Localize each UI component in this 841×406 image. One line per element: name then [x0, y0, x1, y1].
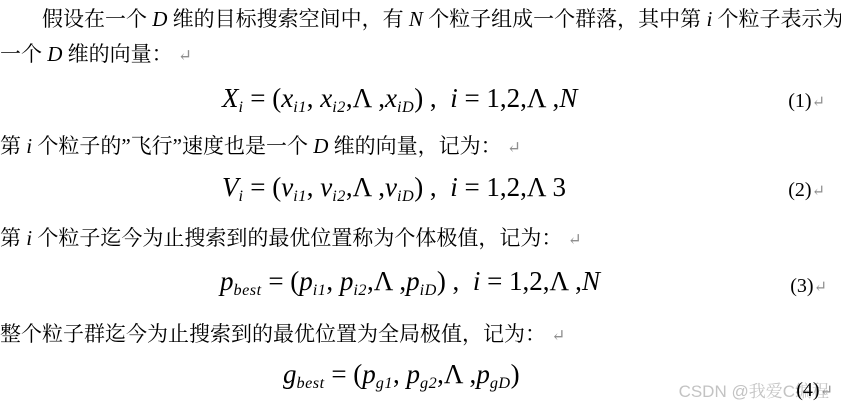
text-run: best: [297, 374, 325, 392]
paragraph-mark-icon: ↵: [507, 138, 521, 157]
document-page: 假设在一个 D 维的目标搜索空间中，有 N 个粒子组成一个群落，其中第 i 个粒…: [0, 0, 841, 406]
text-run: v: [281, 172, 293, 202]
text-run: 一个: [0, 42, 47, 66]
equation-number-3: (3)↵: [790, 275, 827, 298]
text-run: x: [385, 83, 397, 113]
text-run: iD: [420, 281, 437, 299]
text-run: i2: [353, 281, 367, 299]
text-run: p: [299, 266, 313, 296]
text-run: i2: [332, 98, 346, 116]
equation-number-4: (4)↵: [796, 379, 833, 402]
text-run: = (: [325, 359, 363, 389]
paragraph-mark-icon: ↵: [812, 94, 825, 111]
text-run: 维的向量，记为：: [328, 134, 507, 158]
text-run: 个粒子迄今为止搜索到的最优位置称为个体极值，记为：: [32, 226, 568, 250]
text-run: D: [152, 7, 167, 31]
text-run: ,Λ ,: [346, 172, 385, 202]
text-run: ): [511, 359, 520, 389]
text-run: p: [362, 359, 376, 389]
text-run: ) ,: [414, 172, 450, 202]
equation-number-text: (4): [796, 379, 819, 401]
equation-2: Vi = (vi1, vi2,Λ ,viD) , i = 1,2,Λ 3: [222, 171, 566, 206]
text-run: p: [476, 359, 490, 389]
text-run: p: [406, 266, 420, 296]
paragraph-mark-icon: ↵: [178, 46, 192, 65]
text-run: v: [320, 172, 332, 202]
text-run: = 1,2,Λ 3: [458, 172, 566, 202]
equation-number-text: (2): [788, 179, 811, 201]
text-run: N: [409, 7, 423, 31]
equation-4: gbest = (pg1, pg2,Λ ,pgD): [283, 358, 520, 393]
text-run: 维的目标搜索空间中，有: [167, 7, 409, 31]
text-run: = 1,2,Λ ,: [480, 266, 582, 296]
text-run: = (: [244, 83, 282, 113]
paragraph-mark-icon: ↵: [814, 279, 827, 296]
equation-number-2: (2)↵: [788, 179, 825, 202]
text-run: D: [47, 42, 62, 66]
text-run: 个粒子表示为: [712, 7, 841, 31]
text-run: gD: [490, 374, 511, 392]
text-run: N: [559, 83, 577, 113]
equation-number-text: (3): [790, 275, 813, 297]
text-run: p: [220, 266, 234, 296]
text-run: g1: [376, 374, 393, 392]
text-run: i1: [313, 281, 327, 299]
equation-1: Xi = (xi1, xi2,Λ ,xiD) , i = 1,2,Λ ,N: [222, 82, 577, 117]
text-run: g: [283, 359, 297, 389]
text-run: X: [222, 83, 239, 113]
text-run: 维的向量：: [62, 42, 178, 66]
equation-number-1: (1)↵: [788, 90, 825, 113]
text-run: iD: [397, 187, 414, 205]
text-run: i1: [293, 98, 307, 116]
equation-3: pbest = (pi1, pi2,Λ ,piD) , i = 1,2,Λ ,N: [220, 265, 600, 300]
text-run: best: [234, 281, 262, 299]
text-run: p: [340, 266, 354, 296]
paragraph-line: 整个粒子群迄今为止搜索到的最优位置为全局极值，记为： ↵: [0, 321, 565, 347]
text-run: i: [450, 83, 458, 113]
text-run: ,: [307, 172, 321, 202]
text-run: ) ,: [437, 266, 473, 296]
text-run: x: [320, 83, 332, 113]
text-run: 个粒子组成一个群落，其中第: [423, 7, 707, 31]
text-run: ,Λ ,: [367, 266, 406, 296]
text-run: = (: [262, 266, 300, 296]
text-run: i2: [332, 187, 346, 205]
paragraph-mark-icon: ↵: [812, 183, 825, 200]
paragraph-line: 假设在一个 D 维的目标搜索空间中，有 N 个粒子组成一个群落，其中第 i 个粒…: [0, 6, 841, 32]
text-run: = (: [244, 172, 282, 202]
text-run: N: [582, 266, 600, 296]
text-run: 假设在一个: [42, 7, 152, 31]
text-run: ,: [393, 359, 407, 389]
text-run: iD: [397, 98, 414, 116]
text-run: g2: [420, 374, 437, 392]
text-run: ,Λ ,: [346, 83, 385, 113]
text-run: v: [385, 172, 397, 202]
paragraph-line: 第 i 个粒子迄今为止搜索到的最优位置称为个体极值，记为： ↵: [0, 225, 582, 251]
text-run: i1: [293, 187, 307, 205]
equation-number-text: (1): [788, 90, 811, 112]
text-run: x: [281, 83, 293, 113]
paragraph-mark-icon: ↵: [568, 230, 582, 249]
text-run: V: [222, 172, 239, 202]
text-run: = 1,2,Λ ,: [458, 83, 560, 113]
text-run: 第: [0, 134, 26, 158]
text-run: 个粒子的”飞行”速度也是一个: [32, 134, 313, 158]
paragraph-line: 一个 D 维的向量： ↵: [0, 41, 192, 67]
text-run: ,: [326, 266, 340, 296]
paragraph-mark-icon: ↵: [820, 383, 833, 400]
text-run: i: [450, 172, 458, 202]
text-run: D: [313, 134, 328, 158]
paragraph-line: 第 i 个粒子的”飞行”速度也是一个 D 维的向量，记为： ↵: [0, 133, 521, 159]
text-run: 整个粒子群迄今为止搜索到的最优位置为全局极值，记为：: [0, 322, 551, 346]
text-run: 第: [0, 226, 26, 250]
text-run: ,Λ ,: [437, 359, 476, 389]
paragraph-mark-icon: ↵: [551, 326, 565, 345]
text-run: p: [406, 359, 420, 389]
text-run: ,: [307, 83, 321, 113]
text-run: ) ,: [414, 83, 450, 113]
